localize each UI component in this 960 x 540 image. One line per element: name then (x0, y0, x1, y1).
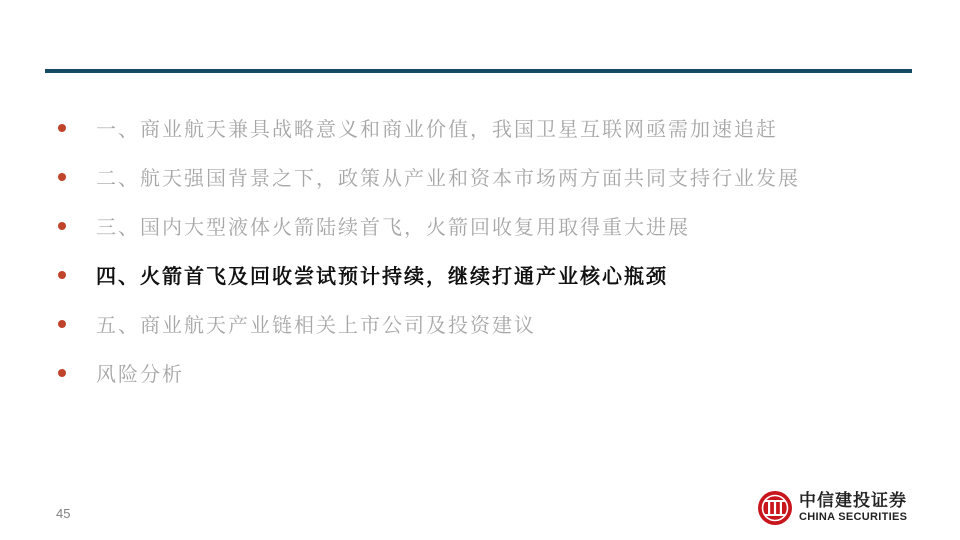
agenda-item-4-current: 四、火箭首飞及回收尝试预计持续，继续打通产业核心瓶颈 (58, 250, 800, 299)
citic-logo-icon (757, 490, 793, 526)
logo-name-en: CHINA SECURITIES (799, 511, 907, 524)
bullet-icon (58, 320, 66, 328)
bullet-icon (58, 222, 66, 230)
agenda-list: 一、商业航天兼具战略意义和商业价值，我国卫星互联网亟需加速追赶 二、航天强国背景… (58, 103, 800, 397)
header-divider (45, 69, 912, 73)
bullet-icon (58, 369, 66, 377)
agenda-item-5: 五、商业航天产业链相关上市公司及投资建议 (58, 299, 800, 348)
agenda-item-label: 二、航天强国背景之下，政策从产业和资本市场两方面共同支持行业发展 (96, 162, 800, 191)
agenda-item-6: 风险分析 (58, 348, 800, 397)
agenda-item-label: 三、国内大型液体火箭陆续首飞，火箭回收复用取得重大进展 (96, 211, 690, 240)
agenda-item-label: 五、商业航天产业链相关上市公司及投资建议 (96, 309, 536, 338)
agenda-item-label: 四、火箭首飞及回收尝试预计持续，继续打通产业核心瓶颈 (96, 260, 668, 289)
agenda-item-label: 风险分析 (96, 358, 184, 387)
page-number: 45 (56, 506, 70, 521)
agenda-item-2: 二、航天强国背景之下，政策从产业和资本市场两方面共同支持行业发展 (58, 152, 800, 201)
company-logo: 中信建投证券 CHINA SECURITIES (757, 490, 907, 526)
agenda-item-1: 一、商业航天兼具战略意义和商业价值，我国卫星互联网亟需加速追赶 (58, 103, 800, 152)
bullet-icon (58, 124, 66, 132)
logo-name-cn: 中信建投证券 (799, 492, 907, 511)
agenda-item-3: 三、国内大型液体火箭陆续首飞，火箭回收复用取得重大进展 (58, 201, 800, 250)
bullet-icon (58, 173, 66, 181)
agenda-item-label: 一、商业航天兼具战略意义和商业价值，我国卫星互联网亟需加速追赶 (96, 113, 778, 142)
bullet-icon (58, 271, 66, 279)
